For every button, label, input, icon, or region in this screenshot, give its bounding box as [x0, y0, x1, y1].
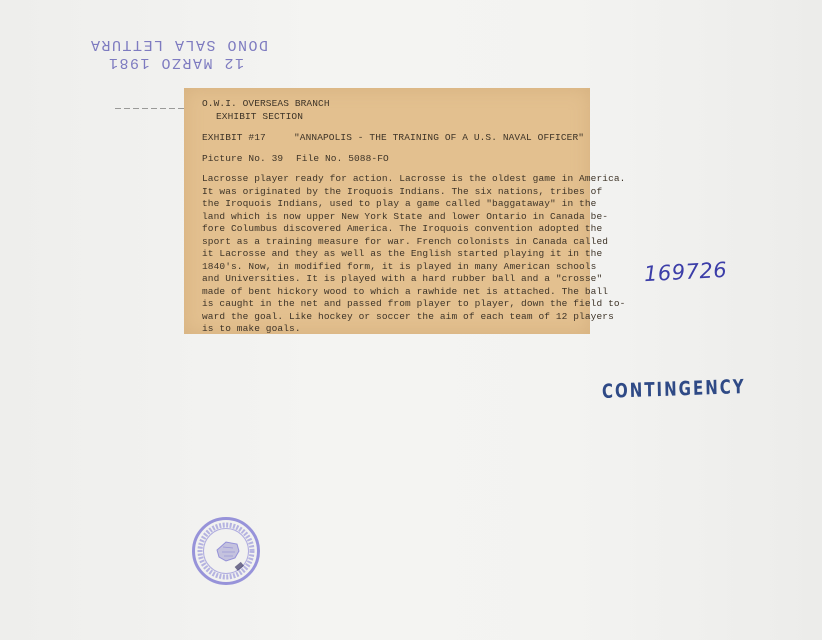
caption-line: made of bent hickory wood to which a raw…	[202, 286, 592, 299]
caption-line: Lacrosse player ready for action. Lacros…	[202, 173, 592, 186]
caption-line: the Iroquois Indians, used to play a gam…	[202, 198, 592, 211]
caption-line: ward the goal. Like hockey or soccer the…	[202, 311, 592, 324]
stamp-line-date: 12 MARZO 1981	[68, 53, 268, 71]
dono-sala-lettura-stamp: 12 MARZO 1981 DONO SALA LETTURA	[68, 35, 268, 71]
caption-line: fore Columbus discovered America. The Ir…	[202, 223, 592, 236]
exhibit-title: "ANNAPOLIS - THE TRAINING OF A U.S. NAVA…	[294, 132, 584, 143]
caption-line: and Universities. It is played with a ha…	[202, 273, 592, 286]
exhibit-label: EXHIBIT #17	[202, 132, 266, 143]
header-branch: O.W.I. OVERSEAS BRANCH	[202, 98, 330, 109]
handwritten-inventory-number: 169726	[643, 258, 727, 286]
caption-card: O.W.I. OVERSEAS BRANCH EXHIBIT SECTION E…	[184, 88, 590, 334]
caption-line: sport as a training measure for war. Fre…	[202, 236, 592, 249]
header-section: EXHIBIT SECTION	[216, 111, 303, 122]
stamp-line-dono: DONO SALA LETTURA	[68, 35, 268, 53]
picture-number: Picture No. 39	[202, 153, 283, 164]
photo-back-sheet: 12 MARZO 1981 DONO SALA LETTURA O.W.I. O…	[0, 0, 822, 640]
file-number: File No. 5088-FO	[296, 153, 389, 164]
caption-line: is to make goals.	[202, 323, 592, 336]
caption-line: It was originated by the Iroquois Indian…	[202, 186, 592, 199]
contingency-stamp: CONTINGENCY	[602, 375, 746, 403]
circular-seal-stamp	[192, 517, 260, 585]
caption-line: it Lacrosse and they as well as the Engl…	[202, 248, 592, 261]
caption-body: Lacrosse player ready for action. Lacros…	[202, 173, 592, 336]
dashed-lead-line	[115, 108, 185, 109]
arrowhead-seal-icon	[195, 520, 257, 582]
caption-line: is caught in the net and passed from pla…	[202, 298, 592, 311]
caption-line: 1840's. Now, in modified form, it is pla…	[202, 261, 592, 274]
caption-line: land which is now upper New York State a…	[202, 211, 592, 224]
